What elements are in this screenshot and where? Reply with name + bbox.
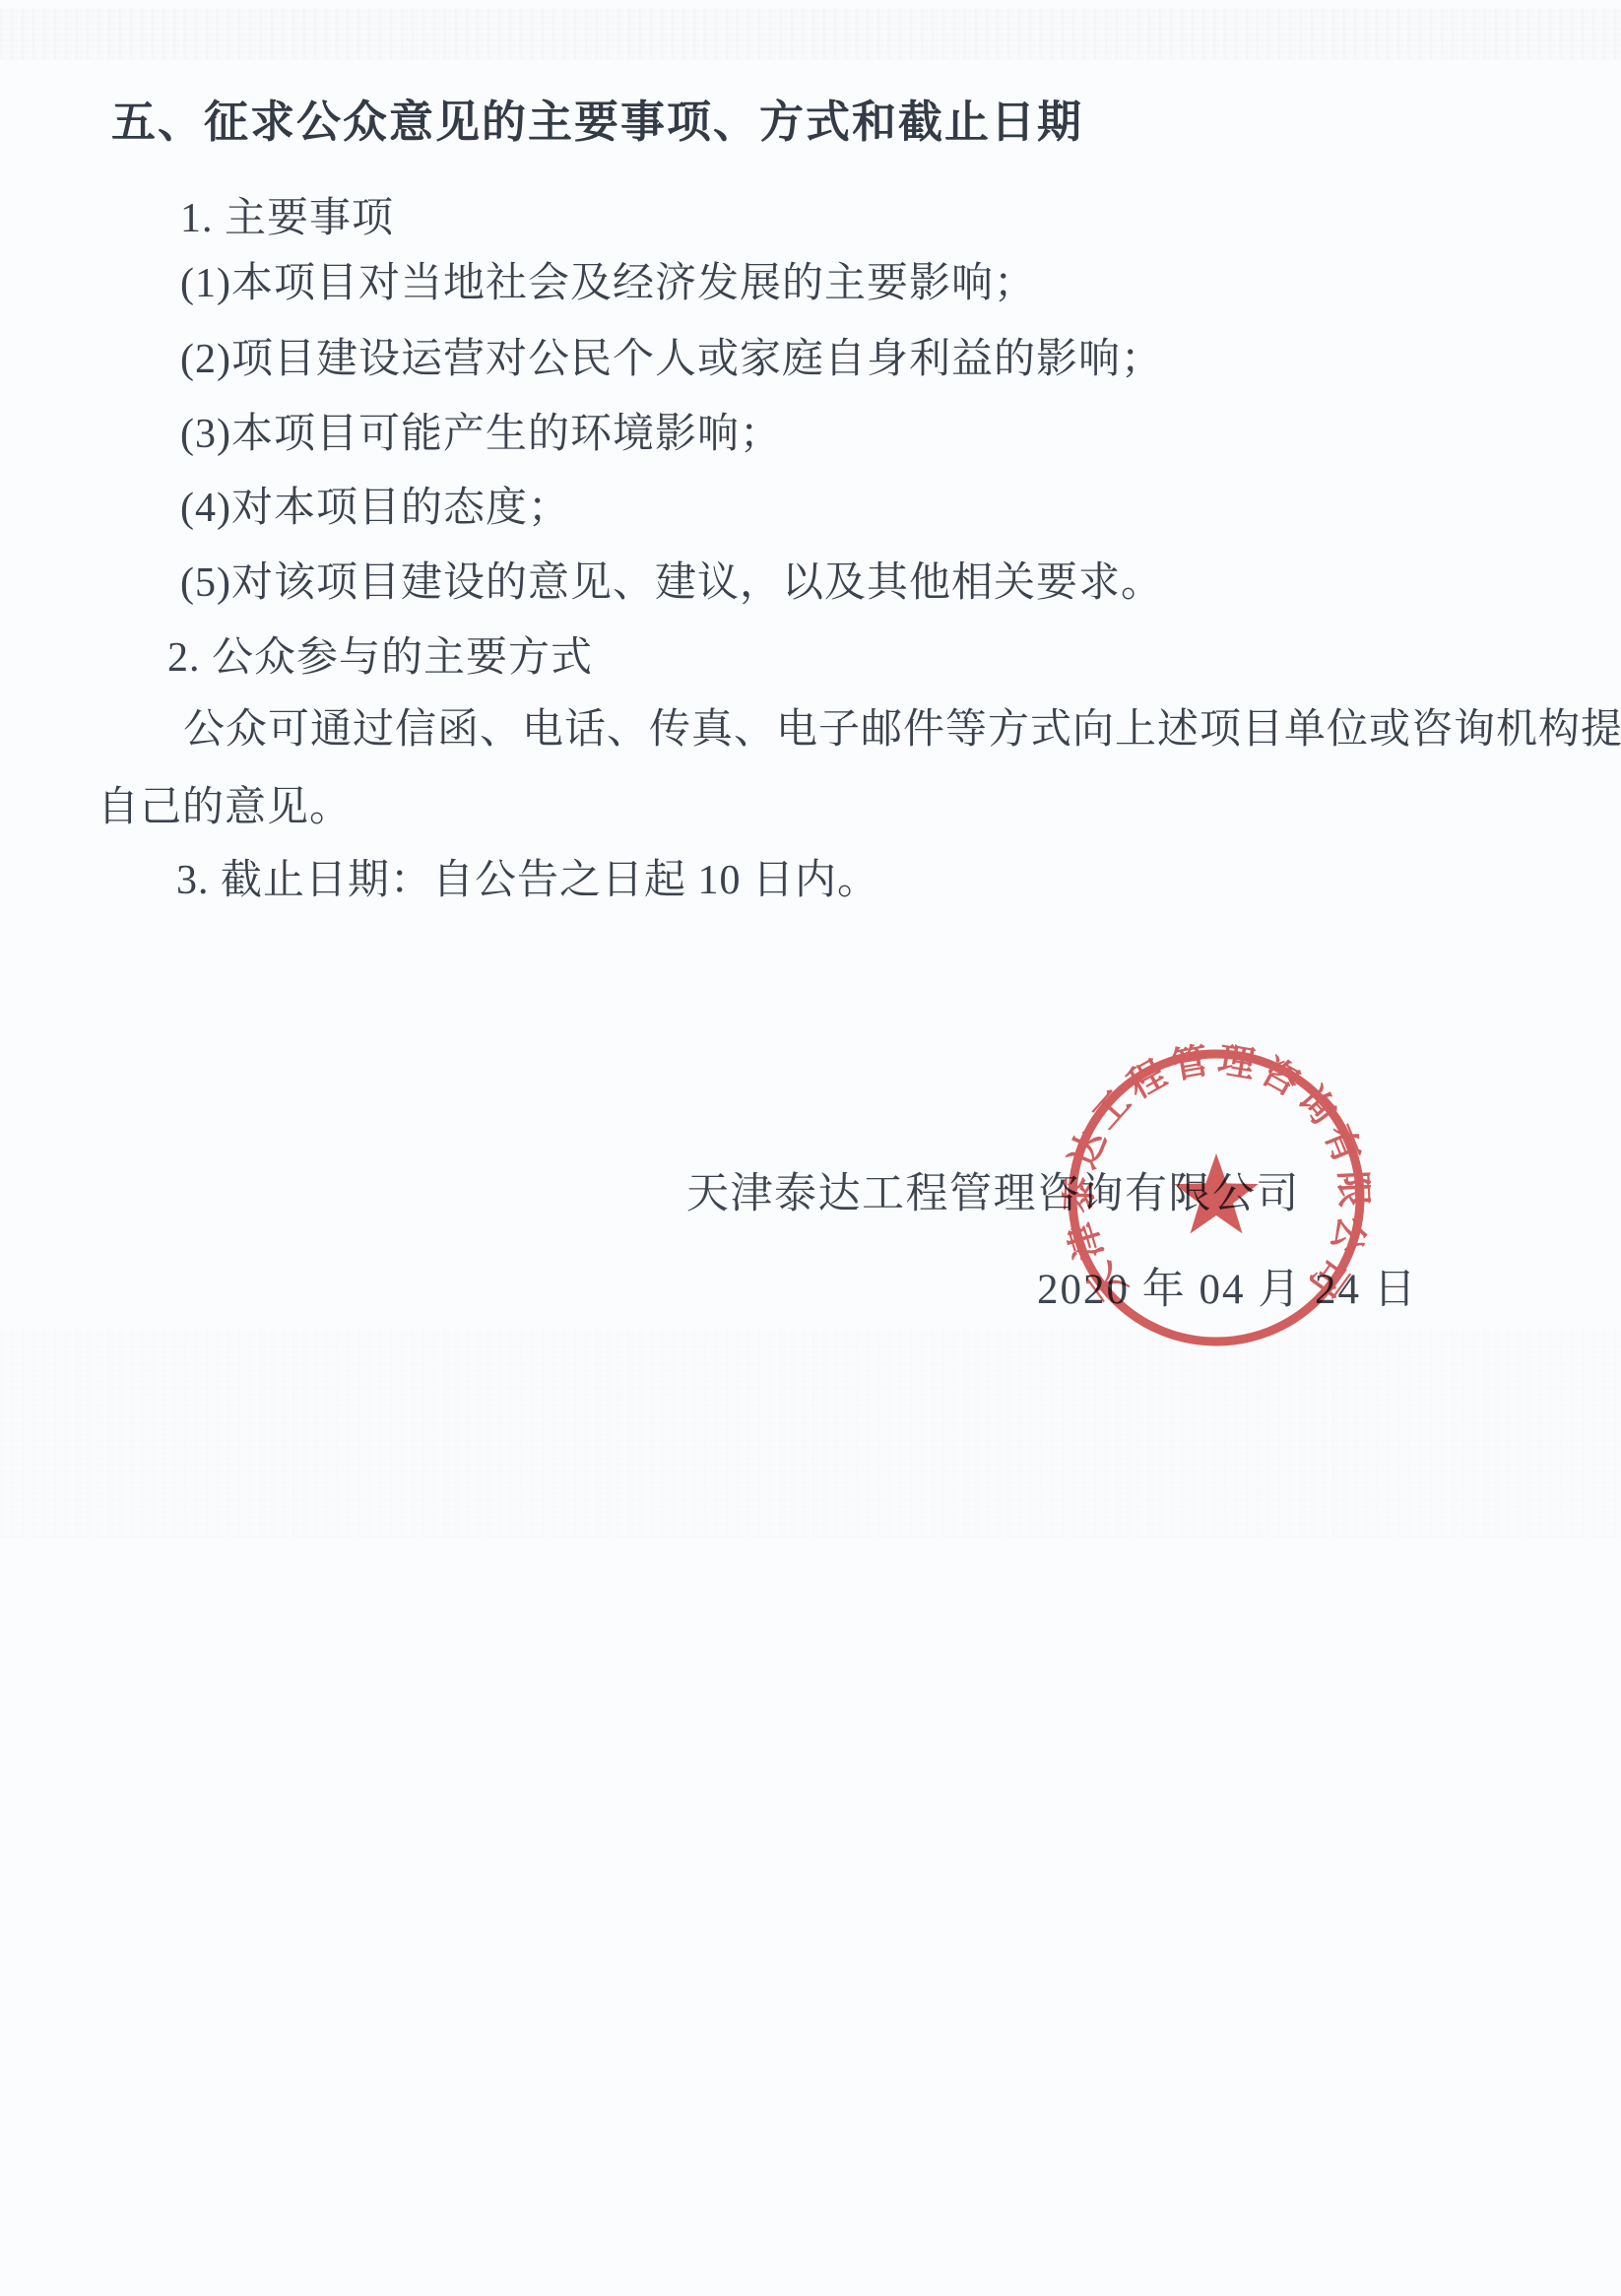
list-item-3-title: 3. 截止日期：自公告之日起 10 日内。	[176, 855, 879, 907]
document-page: 五、征求公众意见的主要事项、方式和截止日期 1. 主要事项 (1)本项目对当地社…	[0, 0, 1621, 2296]
list-item-main-2: (2)项目建设运营对公民个人或家庭自身利益的影响；	[180, 334, 1163, 386]
paragraph-line-2: 自己的意见。	[97, 782, 352, 834]
signature-company-name: 天津泰达工程管理咨询有限公司	[686, 1168, 1300, 1221]
section-heading: 五、征求公众意见的主要事项、方式和截止日期	[111, 95, 1083, 150]
list-item-main-3: (3)本项目可能产生的环境影响；	[180, 409, 782, 461]
signature-date: 2020 年 04 月 24 日	[1037, 1264, 1418, 1317]
paragraph-line-1: 公众可通过信函、电话、传真、电子邮件等方式向上述项目单位或咨询机构提出	[183, 704, 1621, 756]
scan-bleed-artifact	[0, 8, 1621, 59]
list-item-main-1: (1)本项目对当地社会及经济发展的主要影响；	[180, 258, 1036, 310]
scan-bleed-artifact	[0, 1330, 1621, 1537]
list-item-main-4: (4)对本项目的态度；	[180, 483, 570, 535]
list-item-2-title: 2. 公众参与的主要方式	[167, 632, 593, 685]
list-item-1-title: 1. 主要事项	[180, 193, 394, 245]
list-item-main-5: (5)对该项目建设的意见、建议，以及其他相关要求。	[180, 558, 1163, 610]
